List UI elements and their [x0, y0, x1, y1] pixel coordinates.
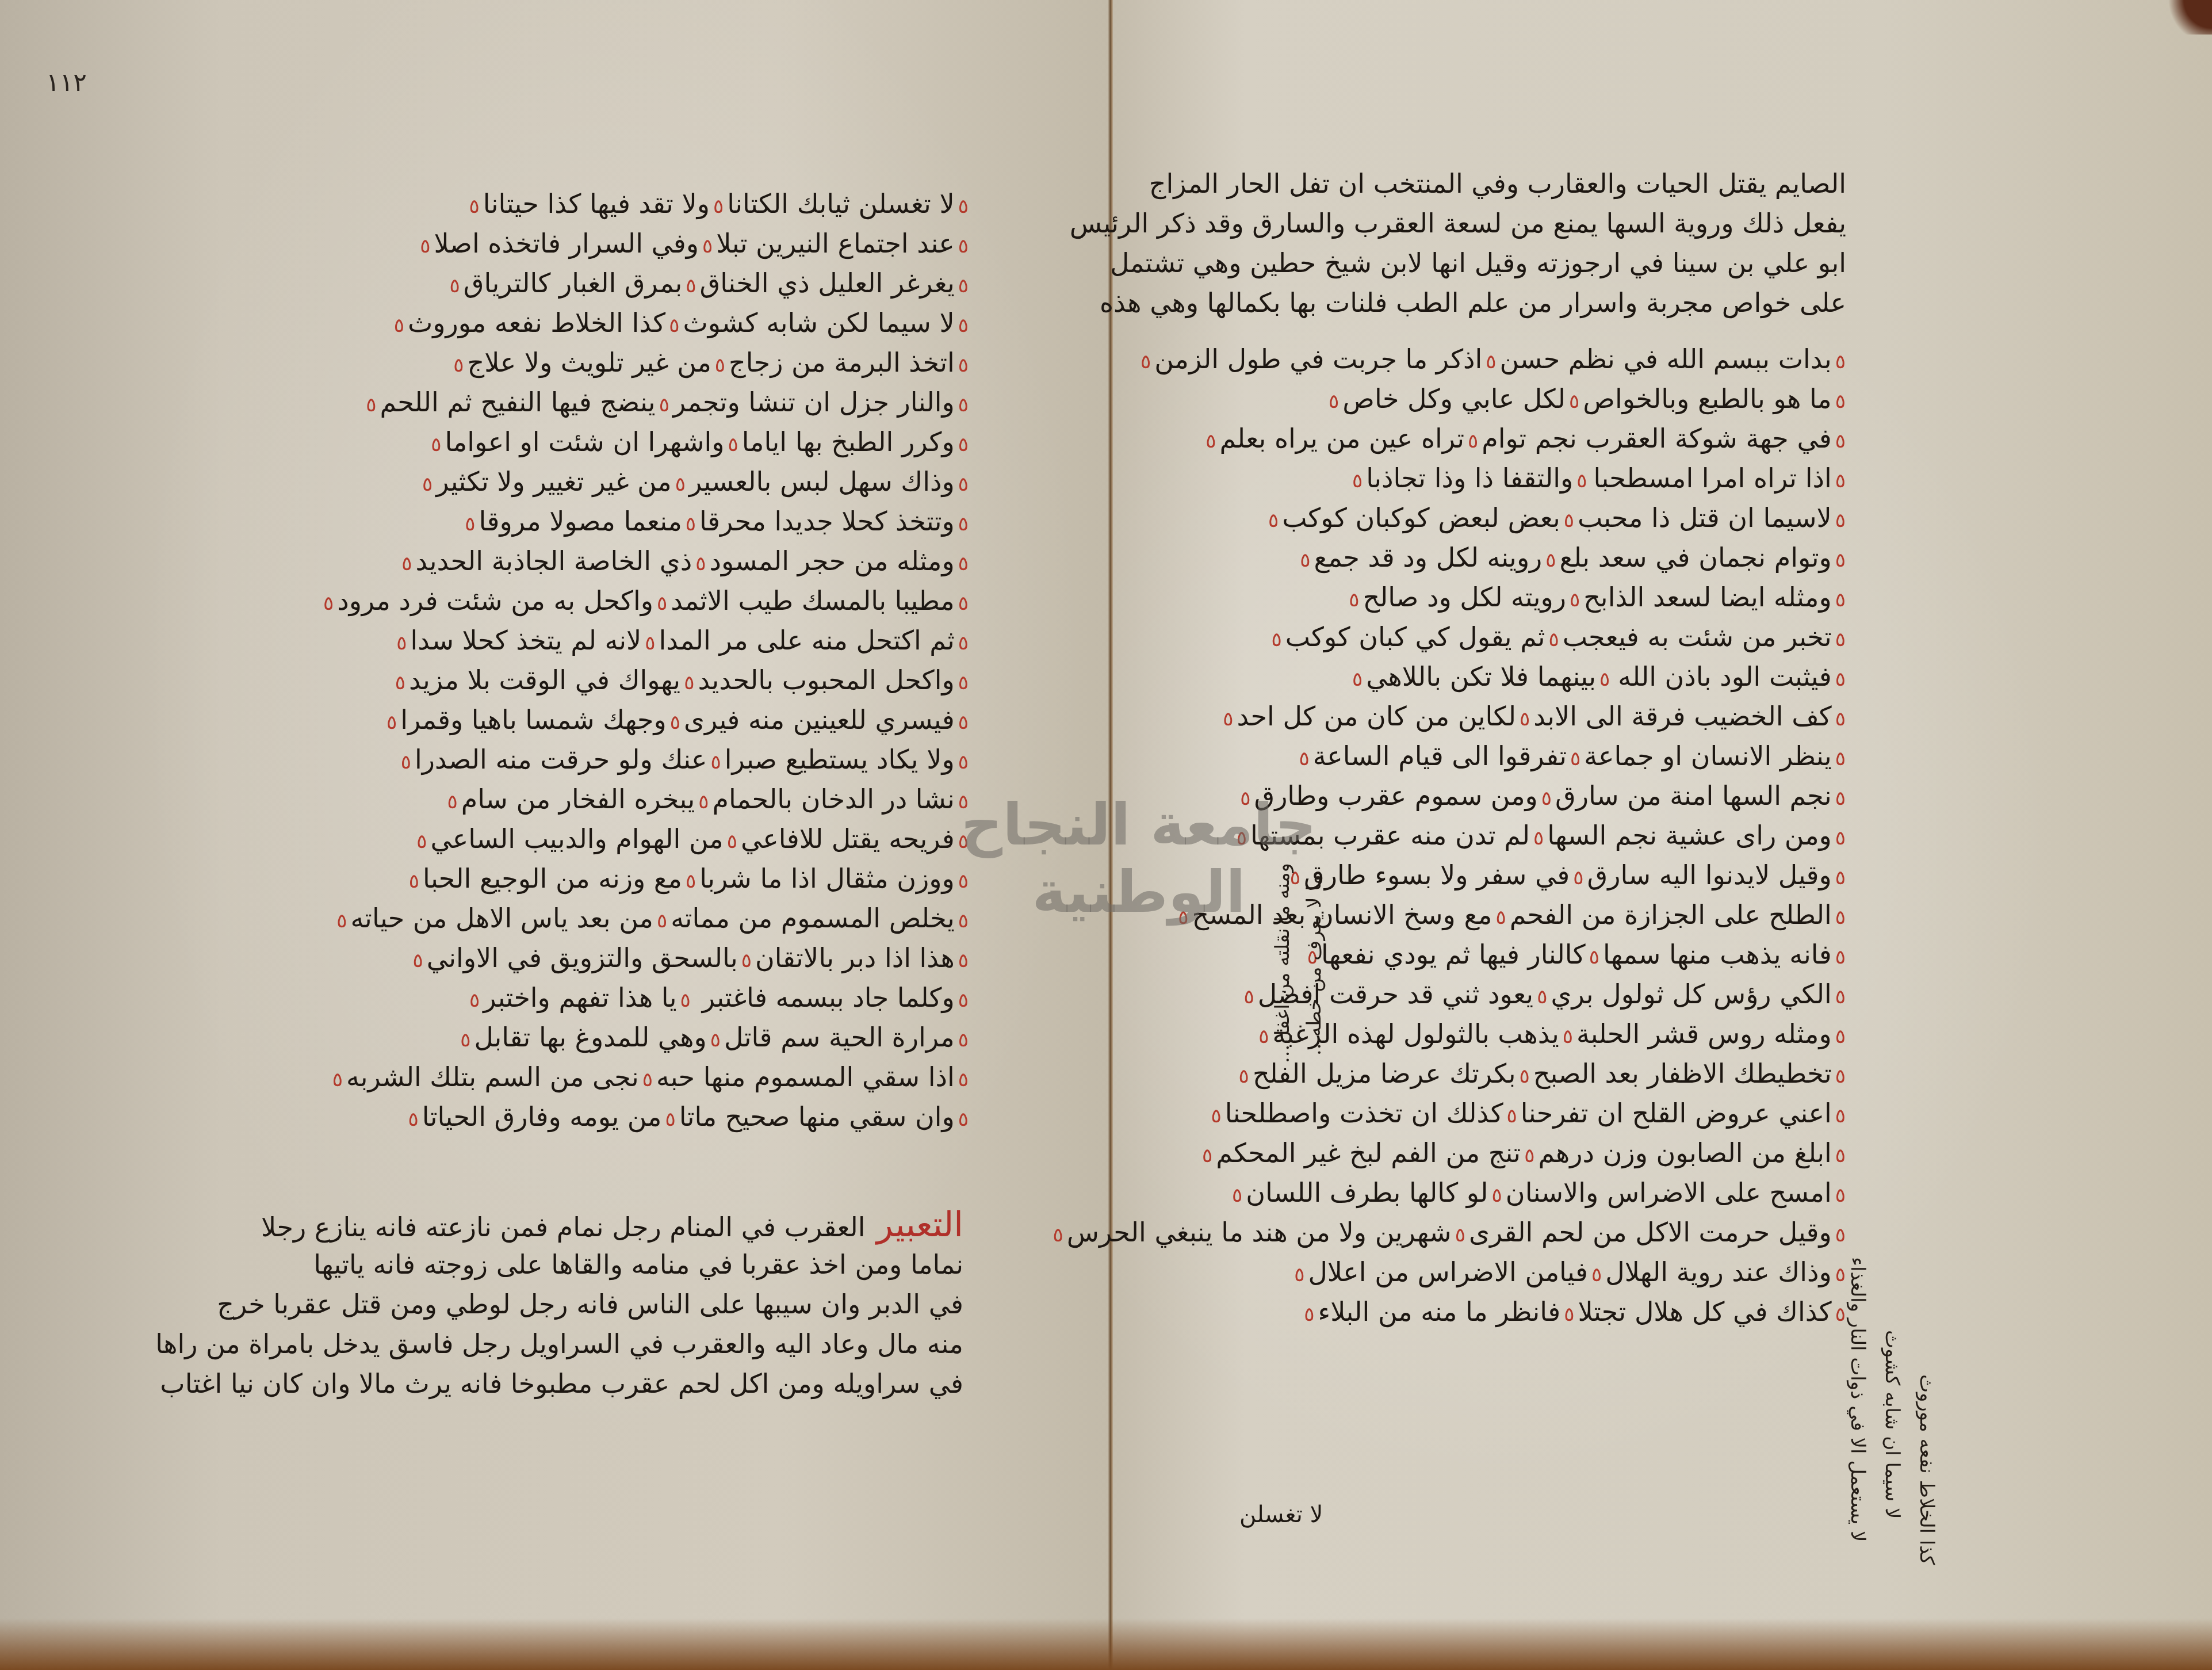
hemistich-second: رويته لكل ود صالح	[1363, 578, 1566, 617]
verse-marker-icon: ٥	[461, 513, 479, 536]
hemistich-first: يغرغر العليل ذي الخناق	[700, 263, 955, 303]
hemistich-second: بينهما فلا تكن باللاهي	[1366, 657, 1596, 697]
verse-line: ٥تخطيطك الاظفار بعد الصبح٥بكرتك عرضا مزي…	[1349, 1054, 1849, 1094]
verse-marker-icon: ٥	[1832, 430, 1849, 453]
verse-marker-icon: ٥	[955, 1068, 972, 1091]
marginal-note: لا سيما ان شابه كشوث	[1881, 1220, 1904, 1519]
verse-marker-icon: ٥	[391, 314, 408, 337]
hemistich-second: تفرقوا الى قيام الساعة	[1313, 736, 1567, 776]
prose-text: في الدبر وان سيبها على الناس فانه رجل لو…	[217, 1289, 963, 1320]
verse-marker-icon: ٥	[1545, 628, 1563, 651]
verse-marker-icon: ٥	[682, 513, 699, 536]
prose-line: ابو علي بن سينا في ارجوزته وقيل انها لاب…	[1222, 243, 1846, 283]
hemistich-first: وذاك سهل لبس بالعسير	[689, 462, 955, 502]
verse-marker-icon: ٥	[1325, 390, 1342, 413]
hemistich-second: بالسحق والتزويق في الاواني	[427, 938, 738, 978]
verse-marker-icon: ٥	[1241, 985, 1258, 1008]
marginal-note: كذا الخلاط نفعه موروث	[1915, 1243, 1938, 1565]
verse-marker-icon: ٥	[725, 433, 742, 456]
verse-line: ٥ينظر الانسان او جماعة٥تفرقوا الى قيام ا…	[1349, 736, 1849, 776]
verse-marker-icon: ٥	[1516, 708, 1533, 731]
hemistich-first: وذاك عند روية الهلال	[1605, 1252, 1832, 1292]
verse-marker-icon: ٥	[1832, 708, 1849, 731]
verse-marker-icon: ٥	[405, 870, 423, 893]
verse-marker-icon: ٥	[1832, 747, 1849, 770]
verse-line: ٥بدات ببسم الله في نظم حسن٥اذكر ما جربت …	[1349, 339, 1849, 379]
verse-marker-icon: ٥	[955, 274, 972, 297]
verse-marker-icon: ٥	[1291, 1263, 1308, 1286]
verse-marker-icon: ٥	[1202, 430, 1219, 453]
verse-marker-icon: ٥	[1832, 827, 1849, 850]
verse-line: ٥اذا سقي المسموم منها حبه٥نجى من السم بت…	[466, 1057, 972, 1097]
verse-marker-icon: ٥	[955, 235, 972, 258]
verse-marker-icon: ٥	[653, 909, 671, 933]
verse-marker-icon: ٥	[1832, 985, 1849, 1008]
verse-marker-icon: ٥	[1482, 350, 1499, 373]
verse-line: ٥فانه يذهب منها سمها٥كالنار فيها ثم يودي…	[1349, 935, 1849, 975]
verse-marker-icon: ٥	[955, 393, 972, 416]
verse-line: ٥وذاك سهل لبس بالعسير٥من غير تغيير ولا ت…	[466, 462, 972, 502]
verse-marker-icon: ٥	[1207, 1105, 1224, 1128]
verse-marker-icon: ٥	[397, 751, 415, 774]
verse-marker-icon: ٥	[466, 195, 483, 218]
hemistich-first: ثم اكتحل منه على مر المدا	[659, 621, 955, 660]
verse-marker-icon: ٥	[682, 870, 699, 893]
hemistich-first: وتوام نجمان في سعد بلع	[1560, 538, 1832, 578]
verse-marker-icon: ٥	[383, 711, 400, 734]
marginal-note: لا يستعمل الا في ذوات النار والغذاء	[1846, 1185, 1869, 1542]
prose-line: الصايم يقتل الحيات والعقارب وفي المنتخب …	[1222, 164, 1846, 204]
verse-line: ٥فريحه يقتل للافاعي٥من الهوام والدبيب ال…	[466, 819, 972, 859]
verse-line: ٥ولا يكاد يستطيع صبرا٥عنك ولو حرقت منه ا…	[466, 740, 972, 779]
hemistich-first: لا سيما لكن شابه كشوث	[683, 303, 955, 343]
verse-line: ٥ومن راى عشية نجم السها٥لم تدن منه عقرب …	[1349, 816, 1849, 855]
verse-marker-icon: ٥	[1255, 1025, 1272, 1048]
hemistich-second: لكاين من كان من كل احد	[1237, 697, 1516, 736]
verse-marker-icon: ٥	[955, 949, 972, 972]
verse-marker-icon: ٥	[1300, 1303, 1318, 1326]
verse-line: ٥تخبر من شئت به فيعجب٥ثم يقول كي كبان كو…	[1349, 617, 1849, 657]
verse-marker-icon: ٥	[329, 1068, 346, 1091]
verse-marker-icon: ٥	[1832, 350, 1849, 373]
verse-marker-icon: ٥	[1832, 1025, 1849, 1048]
verse-marker-icon: ٥	[1832, 787, 1849, 810]
verse-marker-icon: ٥	[955, 1029, 972, 1052]
verse-marker-icon: ٥	[1296, 549, 1314, 572]
verse-marker-icon: ٥	[672, 473, 689, 496]
verse-marker-icon: ٥	[1295, 747, 1312, 770]
verse-marker-icon: ٥	[955, 671, 972, 694]
verse-marker-icon: ٥	[662, 1108, 679, 1131]
verse-marker-icon: ٥	[955, 711, 972, 734]
hemistich-second: اذكر ما جربت في طول الزمن	[1154, 339, 1482, 379]
verse-marker-icon: ٥	[446, 274, 464, 297]
verse-marker-icon: ٥	[1832, 588, 1849, 612]
hemistich-second: واشهرا ان شئت او اعواما	[445, 422, 725, 462]
verse-marker-icon: ٥	[416, 235, 434, 258]
verse-line: ٥يغرغر العليل ذي الخناق٥بمرق الغبار كالت…	[466, 263, 972, 303]
verse-line: ٥الكي رؤس كل ثولول بري٥يعود ثني قد حرقت …	[1349, 975, 1849, 1014]
verse-marker-icon: ٥	[1832, 866, 1849, 889]
verse-marker-icon: ٥	[1832, 390, 1849, 413]
prose-text: نماما ومن اخذ عقربا في منامه والقاها على…	[313, 1249, 963, 1280]
verse-line: ٥ما هو بالطبع وبالخواص٥لكل عابي وكل خاص٥	[1349, 379, 1849, 419]
hemistich-first: في جهة شوكة العقرب نجم توام	[1482, 419, 1832, 458]
verse-line: ٥ومثله من حجر المسود٥ذي الخاصة الجاذبة ا…	[466, 541, 972, 581]
hemistich-first: لاسيما ان قتل ذا محبب	[1578, 498, 1832, 538]
verse-line: ٥ووزن مثقال اذا ما شربا٥مع وزنه من الوجي…	[466, 859, 972, 899]
verse-marker-icon: ٥	[710, 195, 727, 218]
hemistich-second: لانه لم يتخذ كحلا سدا	[410, 621, 641, 660]
verse-line: ٥لا تغسلن ثيابك الكتانا٥ولا تقد فيها كذا…	[466, 184, 972, 224]
verse-marker-icon: ٥	[1832, 469, 1849, 492]
verse-marker-icon: ٥	[955, 433, 972, 456]
section-heading: التعبير	[866, 1205, 963, 1245]
hemistich-first: ينظر الانسان او جماعة	[1584, 736, 1831, 776]
verse-line: ٥فيثبت الود باذن الله٥بينهما فلا تكن بال…	[1349, 657, 1849, 697]
verse-marker-icon: ٥	[1538, 787, 1555, 810]
hemistich-first: وكرر الطبخ بها اياما	[742, 422, 955, 462]
verse-marker-icon: ٥	[1559, 1025, 1576, 1048]
verse-marker-icon: ٥	[1560, 509, 1578, 532]
hemistich-first: وان سقي منها صحيح ماتا	[679, 1097, 955, 1137]
hemistich-second: منعما مصولا مروقا	[479, 502, 682, 541]
hemistich-first: وقيل حرمت الاكل من لحم القرى	[1469, 1213, 1832, 1252]
prose-line: على خواص مجربة واسرار من علم الطب فلنات …	[1222, 283, 1846, 323]
verse-marker-icon: ٥	[955, 989, 972, 1012]
verse-line: ٥ثم اكتحل منه على مر المدا٥لانه لم يتخذ …	[466, 621, 972, 660]
hemistich-first: تخطيطك الاظفار بعد الصبح	[1533, 1054, 1832, 1094]
verse-line: ٥اذا تراه امرا امسطحبا٥والتقفا ذا وذا تج…	[1349, 458, 1849, 498]
hemistich-second: واكحل به من شئت فرد مرود	[337, 581, 653, 621]
verse-marker-icon: ٥	[1488, 1184, 1506, 1207]
hemistich-second: يبخره الفخار من سام	[461, 779, 695, 819]
hemistich-first: الطلح على الجزازة من الفحم	[1510, 895, 1832, 935]
hemistich-first: ومثله ايضا لسعد الذابح	[1583, 578, 1832, 617]
verse-marker-icon: ٥	[724, 830, 741, 853]
hemistich-first: نجم السها امنة من سارق	[1555, 776, 1832, 816]
verse-marker-icon: ٥	[707, 1029, 724, 1052]
hemistich-first: اعني عروض القلح ان تفرحنا	[1521, 1094, 1832, 1133]
verse-marker-icon: ٥	[699, 235, 716, 258]
verse-line: ٥لا سيما لكن شابه كشوث٥كذا الخلاط نفعه م…	[466, 303, 972, 343]
prose-text: الصايم يقتل الحيات والعقارب وفي المنتخب …	[1149, 168, 1846, 199]
verse-marker-icon: ٥	[427, 433, 445, 456]
verse-marker-icon: ٥	[1219, 708, 1237, 731]
hemistich-second: وهي للمدوغ بها تقابل	[474, 1018, 707, 1057]
verse-marker-icon: ٥	[1349, 668, 1366, 691]
verse-marker-icon: ٥	[955, 632, 972, 655]
verse-marker-icon: ٥	[1464, 430, 1482, 453]
watermark: جامعة النجاح الوطنية	[909, 791, 1369, 926]
verse-marker-icon: ٥	[653, 592, 671, 615]
hemistich-first: ولا يكاد يستطيع صبرا	[725, 740, 955, 779]
verse-marker-icon: ٥	[1832, 1105, 1849, 1128]
prose-text: في سراويله ومن اكل لحم عقرب مطبوخا فانه …	[160, 1368, 963, 1399]
verse-marker-icon: ٥	[707, 751, 725, 774]
verse-marker-icon: ٥	[1566, 588, 1583, 612]
verse-marker-icon: ٥	[1452, 1224, 1469, 1247]
hemistich-second: فيامن الاضراس من اعلال	[1308, 1252, 1588, 1292]
verse-line: ٥امسح على الاضراس والاسنان٥لو كالها بطرف…	[1349, 1173, 1849, 1213]
hemistich-first: مرارة الحية سم قاتل	[724, 1018, 955, 1057]
hemistich-second: والتقفا ذا وذا تجاذبا	[1366, 458, 1573, 498]
hemistich-second: وجهك شمسا باهيا وقمرا	[400, 700, 667, 740]
hemistich-first: ومثله من حجر المسود	[709, 541, 954, 581]
hemistich-second: من الهوام والدبيب الساعي	[430, 819, 723, 859]
verse-marker-icon: ٥	[1832, 946, 1849, 969]
verse-marker-icon: ٥	[419, 473, 436, 496]
hemistich-first: وتتخذ كحلا جديدا محرقا	[699, 502, 955, 541]
verse-marker-icon: ٥	[1503, 1105, 1521, 1128]
verse-marker-icon: ٥	[1199, 1144, 1216, 1167]
hemistich-first: كف الخضيب فرقة الى الابد	[1533, 697, 1832, 736]
verse-marker-icon: ٥	[639, 1068, 656, 1091]
verse-marker-icon: ٥	[450, 354, 467, 377]
hemistich-second: بمرق الغبار كالترياق	[464, 263, 683, 303]
verse-marker-icon: ٥	[1345, 588, 1363, 612]
verse-marker-icon: ٥	[738, 949, 755, 972]
hemistich-first: وكلما جاد ببسمه فاغتبر	[702, 978, 955, 1018]
verse-marker-icon: ٥	[682, 274, 699, 297]
hemistich-first: وقيل لايدنوا اليه سارق	[1587, 855, 1832, 895]
verse-line: ٥ابلغ من الصابون وزن درهم٥تنج من الفم لب…	[1349, 1133, 1849, 1173]
hemistich-second: من يومه وفارق الحياتا	[422, 1097, 662, 1137]
verse-line: ٥في جهة شوكة العقرب نجم توام٥تراه عين من…	[1349, 419, 1849, 458]
verse-marker-icon: ٥	[320, 592, 337, 615]
verse-marker-icon: ٥	[1235, 1065, 1253, 1088]
hemistich-second: يعود ثني قد حرقت افضل	[1258, 975, 1533, 1014]
verse-line: ٥الطلح على الجزازة من الفحم٥مع وسخ الانس…	[1349, 895, 1849, 935]
verse-marker-icon: ٥	[398, 552, 415, 575]
manuscript-spread: ١١٢ ٥لا تغسلن ثيابك الكتانا٥ولا تقد فيها…	[0, 0, 2212, 1670]
hemistich-second: روينه لكل ود قد جمع	[1314, 538, 1542, 578]
verse-marker-icon: ٥	[1573, 469, 1590, 492]
verse-marker-icon: ٥	[711, 354, 729, 377]
verse-marker-icon: ٥	[955, 592, 972, 615]
page-corner-damage	[2160, 0, 2212, 35]
verse-line: ٥وتوام نجمان في سعد بلع٥روينه لكل ود قد …	[1349, 538, 1849, 578]
prose-line: في سراويله ومن اكل لحم عقرب مطبوخا فانه …	[331, 1364, 963, 1404]
hemistich-first: ابلغ من الصابون وزن درهم	[1538, 1133, 1831, 1173]
verse-line: ٥اتخذ البرمة من زجاج٥من غير تلويث ولا عل…	[466, 343, 972, 383]
verse-marker-icon: ٥	[457, 1029, 474, 1052]
verse-line: ٥مرارة الحية سم قاتل٥وهي للمدوغ بها تقاب…	[466, 1018, 972, 1057]
hemistich-second: ينضج فيها النفيح ثم اللحم	[380, 383, 656, 422]
hemistich-second: يا هذا تفهم واختبر	[483, 978, 676, 1018]
verse-line: ٥واكحل المحبوب بالحديد٥يهواك في الوقت بل…	[466, 660, 972, 700]
hemistich-second: من غير تلويث ولا علاج	[468, 343, 711, 383]
hemistich-first: اذا سقي المسموم منها حبه	[656, 1057, 955, 1097]
verse-line: ٥والنار جزل ان تنشا وتجمر٥ينضج فيها النف…	[466, 383, 972, 422]
verse-marker-icon: ٥	[393, 632, 410, 655]
verse-marker-icon: ٥	[1832, 1144, 1849, 1167]
verse-line: ٥عند اجتماع النيرين تبلا٥وفي السرار فاتخ…	[466, 224, 972, 263]
verse-line: ٥ومثله روس قشر الحلبة٥يذهب بالثولول لهذه…	[1349, 1014, 1849, 1054]
hemistich-first: عند اجتماع النيرين تبلا	[716, 224, 954, 263]
hemistich-first: والنار جزل ان تنشا وتجمر	[673, 383, 955, 422]
verse-marker-icon: ٥	[692, 552, 709, 575]
hemistich-second: يهواك في الوقت بلا مزيد	[409, 660, 680, 700]
hemistich-first: ما هو بالطبع وبالخواص	[1583, 379, 1831, 419]
verse-line: ٥وكلما جاد ببسمه فاغتبر٥يا هذا تفهم واخت…	[466, 978, 972, 1018]
verse-marker-icon: ٥	[695, 790, 712, 813]
verse-marker-icon: ٥	[955, 552, 972, 575]
prose-line: في الدبر وان سيبها على الناس فانه رجل لو…	[331, 1285, 963, 1324]
hemistich-second: وفي السرار فاتخذه اصلا	[434, 224, 699, 263]
prose-text: ابو علي بن سينا في ارجوزته وقيل انها لاب…	[1110, 247, 1846, 278]
hemistich-second: ولا تقد فيها كذا حيتانا	[483, 184, 710, 224]
hemistich-first: واكحل المحبوب بالحديد	[698, 660, 954, 700]
verse-line: ٥وقيل حرمت الاكل من لحم القرى٥شهرين ولا …	[1349, 1213, 1849, 1252]
hemistich-first: اذا تراه امرا امسطحبا	[1593, 458, 1831, 498]
prose-line: منه مال وعاد اليه والعقرب في السراويل رج…	[331, 1324, 963, 1364]
verse-marker-icon: ٥	[1530, 827, 1547, 850]
verse-marker-icon: ٥	[1542, 549, 1559, 572]
verse-marker-icon: ٥	[955, 513, 972, 536]
verse-marker-icon: ٥	[1229, 1184, 1246, 1207]
hemistich-first: ومن راى عشية نجم السها	[1547, 816, 1832, 855]
right-prose-block: الصايم يقتل الحيات والعقارب وفي المنتخب …	[1222, 164, 1846, 323]
verse-marker-icon: ٥	[392, 671, 409, 694]
hemistich-second: من غير تغيير ولا تكثير	[436, 462, 671, 502]
verse-marker-icon: ٥	[955, 195, 972, 218]
hemistich-first: فيثبت الود باذن الله	[1618, 657, 1831, 697]
hemistich-second: نجى من السم بتلك الشربه	[346, 1057, 639, 1097]
left-prose-block: التعبير العقرب في المنام رجل نمام فمن نا…	[331, 1205, 963, 1404]
hemistich-second: من بعد ياس الاهل من حياته	[350, 899, 653, 938]
verse-marker-icon: ٥	[667, 711, 684, 734]
verse-marker-icon: ٥	[1268, 628, 1285, 651]
prose-text: يفعل ذلك وروية السها يمنع من لسعة العقرب…	[1070, 208, 1846, 239]
verse-marker-icon: ٥	[1832, 549, 1849, 572]
prose-line: يفعل ذلك وروية السها يمنع من لسعة العقرب…	[1222, 204, 1846, 243]
hemistich-first: كذاك في كل هلال تجتلا	[1578, 1292, 1831, 1332]
verse-line: ٥وكرر الطبخ بها اياما٥واشهرا ان شئت او ا…	[466, 422, 972, 462]
prose-text: على خواص مجربة واسرار من علم الطب فلنات …	[1100, 287, 1846, 318]
verse-marker-icon: ٥	[1560, 1303, 1578, 1326]
verse-line: ٥كف الخضيب فرقة الى الابد٥لكاين من كان م…	[1349, 697, 1849, 736]
left-verse-block: ٥لا تغسلن ثيابك الكتانا٥ولا تقد فيها كذا…	[466, 184, 972, 1137]
verse-marker-icon: ٥	[1832, 1065, 1849, 1088]
verse-marker-icon: ٥	[665, 314, 683, 337]
verse-line: ٥يخلص المسموم من مماته٥من بعد ياس الاهل …	[466, 899, 972, 938]
verse-marker-icon: ٥	[1588, 1263, 1605, 1286]
hemistich-second: كذا الخلاط نفعه موروث	[408, 303, 665, 343]
verse-line: ٥وتتخذ كحلا جديدا محرقا٥منعما مصولا مروق…	[466, 502, 972, 541]
hemistich-first: امسح على الاضراس والاسنان	[1506, 1173, 1832, 1213]
verse-marker-icon: ٥	[1596, 668, 1613, 691]
hemistich-second: تنج من الفم لبخ غير المحكم	[1216, 1133, 1521, 1173]
right-verse-block: ٥بدات ببسم الله في نظم حسن٥اذكر ما جربت …	[1349, 339, 1849, 1332]
hemistich-first: لا تغسلن ثيابك الكتانا	[727, 184, 955, 224]
verse-line: ٥لاسيما ان قتل ذا محبب٥بعض لبعض كوكبان ك…	[1349, 498, 1849, 538]
verse-marker-icon: ٥	[1586, 946, 1603, 969]
verse-marker-icon: ٥	[1050, 1224, 1067, 1247]
verse-marker-icon: ٥	[1492, 906, 1510, 929]
hemistich-second: لكل عابي وكل خاص	[1342, 379, 1566, 419]
prose-line: التعبير العقرب في المنام رجل نمام فمن نا…	[331, 1205, 963, 1245]
verse-marker-icon: ٥	[680, 671, 698, 694]
verse-line: ٥وقيل لايدنوا اليه سارق٥في سفر ولا بسوء …	[1349, 855, 1849, 895]
hemistich-second: كذلك ان تخذت واصطلحنا	[1225, 1094, 1503, 1133]
verse-marker-icon: ٥	[405, 1108, 422, 1131]
verse-marker-icon: ٥	[1349, 469, 1366, 492]
verse-line: ٥اعني عروض القلح ان تفرحنا٥كذلك ان تخذت …	[1349, 1094, 1849, 1133]
verse-marker-icon: ٥	[444, 790, 461, 813]
hemistich-second: تراه عين من يراه بعلم	[1220, 419, 1464, 458]
water-stain	[0, 1618, 2212, 1670]
verse-marker-icon: ٥	[955, 314, 972, 337]
verse-line: ٥ومثله ايضا لسعد الذابح٥رويته لكل ود صال…	[1349, 578, 1849, 617]
catchword: لا تغسلن	[1239, 1501, 1323, 1528]
verse-marker-icon: ٥	[1566, 390, 1583, 413]
hemistich-first: هذا اذا دبر بالاتقان	[755, 938, 955, 978]
hemistich-first: تخبر من شئت به فيعجب	[1563, 617, 1832, 657]
hemistich-second: بعض لبعض كوكبان كوكب	[1282, 498, 1560, 538]
verse-marker-icon: ٥	[362, 393, 380, 416]
verse-marker-icon: ٥	[1832, 668, 1849, 691]
verse-marker-icon: ٥	[955, 1108, 972, 1131]
verse-marker-icon: ٥	[1567, 747, 1584, 770]
prose-text: منه مال وعاد اليه والعقرب في السراويل رج…	[155, 1328, 963, 1359]
hemistich-first: الكي رؤس كل ثولول بري	[1551, 975, 1831, 1014]
verse-marker-icon: ٥	[677, 989, 694, 1012]
hemistich-second: ثم يقول كي كبان كوكب	[1285, 617, 1545, 657]
verse-marker-icon: ٥	[1570, 866, 1587, 889]
verse-marker-icon: ٥	[333, 909, 350, 933]
hemistich-second: فانظر ما منه من البلاء	[1318, 1292, 1561, 1332]
verse-marker-icon: ٥	[1832, 509, 1849, 532]
verse-marker-icon: ٥	[466, 989, 483, 1012]
verse-marker-icon: ٥	[410, 949, 427, 972]
prose-text: العقرب في المنام رجل نمام فمن نازعته فان…	[261, 1212, 866, 1243]
prose-line: نماما ومن اخذ عقربا في منامه والقاها على…	[331, 1245, 963, 1285]
verse-line: ٥نشا در الدخان بالحمام٥يبخره الفخار من س…	[466, 779, 972, 819]
verse-marker-icon: ٥	[413, 830, 430, 853]
verse-marker-icon: ٥	[955, 473, 972, 496]
hemistich-first: ومثله روس قشر الحلبة	[1576, 1014, 1832, 1054]
verse-marker-icon: ٥	[1137, 350, 1154, 373]
verse-marker-icon: ٥	[1832, 628, 1849, 651]
hemistich-second: شهرين ولا من هند ما ينبغي الحرس	[1067, 1213, 1452, 1252]
hemistich-first: مطيبا بالمسك طيب الاثمد	[671, 581, 954, 621]
folio-number: ١١٢	[46, 68, 87, 97]
verse-line: ٥هذا اذا دبر بالاتقان٥بالسحق والتزويق في…	[466, 938, 972, 978]
verse-marker-icon: ٥	[1265, 509, 1282, 532]
verse-line: ٥كذاك في كل هلال تجتلا٥فانظر ما منه من ا…	[1349, 1292, 1849, 1332]
hemistich-second: كالنار فيها ثم يودي نفعها	[1321, 935, 1586, 975]
hemistich-first: اتخذ البرمة من زجاج	[729, 343, 955, 383]
hemistich-first: فيسري للعينين منه فيرى	[684, 700, 955, 740]
verse-marker-icon: ٥	[955, 751, 972, 774]
verse-line: ٥وذاك عند روية الهلال٥فيامن الاضراس من ا…	[1349, 1252, 1849, 1292]
hemistich-second: عنك ولو حرقت منه الصدرا	[415, 740, 707, 779]
hemistich-second: مع وزنه من الوجيع الحبا	[423, 859, 682, 899]
verse-line: ٥مطيبا بالمسك طيب الاثمد٥واكحل به من شئت…	[466, 581, 972, 621]
verse-marker-icon: ٥	[955, 354, 972, 377]
verse-marker-icon: ٥	[1521, 1144, 1538, 1167]
hemistich-second: لو كالها بطرف اللسان	[1246, 1173, 1488, 1213]
verse-marker-icon: ٥	[641, 632, 659, 655]
hemistich-first: بدات ببسم الله في نظم حسن	[1500, 339, 1832, 379]
verse-marker-icon: ٥	[1516, 1065, 1533, 1088]
hemistich-second: ذي الخاصة الجاذبة الحديد	[416, 541, 692, 581]
verse-marker-icon: ٥	[1533, 985, 1551, 1008]
verse-marker-icon: ٥	[656, 393, 673, 416]
hemistich-first: فانه يذهب منها سمها	[1603, 935, 1832, 975]
verse-line: ٥فيسري للعينين منه فيرى٥وجهك شمسا باهيا …	[466, 700, 972, 740]
